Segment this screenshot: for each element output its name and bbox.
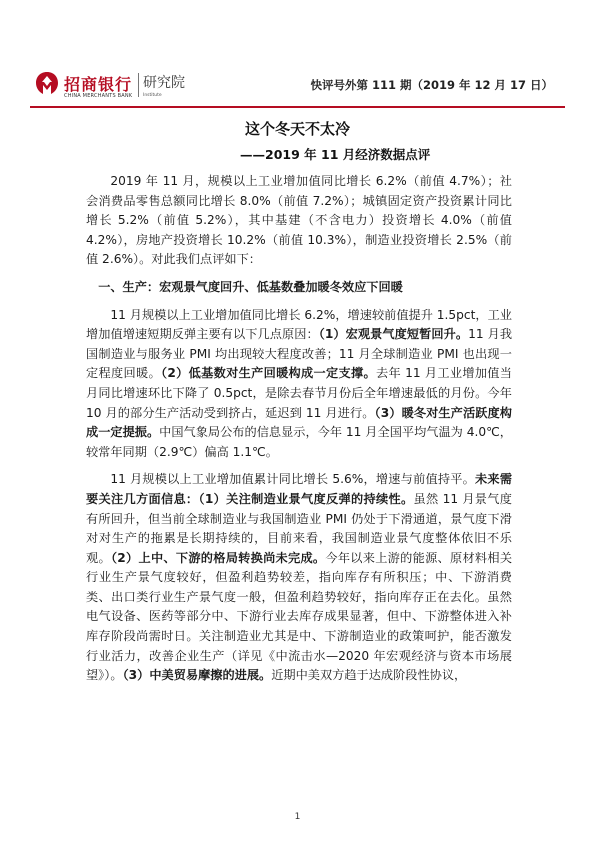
bank-name-cn: 招商银行 (64, 72, 132, 95)
document-title: 这个冬天不太冷 (0, 118, 595, 139)
institute-name-en: Institute (143, 93, 162, 98)
report-header: 招商银行 CHINA MERCHANTS BANK 研究院 Institute … (30, 66, 565, 106)
text: 11 月规模以上工业增加值累计同比增长 5.6%，增速与前值持平。 (110, 472, 475, 486)
paragraph-production-reasons: 11 月规模以上工业增加值同比增长 6.2%，增速较前值提升 1.5pct，工业… (86, 306, 512, 463)
document-subtitle: ——2019 年 11 月经济数据点评 (240, 145, 430, 163)
bold-point: （2）上中、下游的格局转换尚未完成。 (111, 551, 325, 565)
bold-point: （2）低基数对生产回暖构成一定支撑。 (161, 366, 376, 380)
paragraph-outlook: 11 月规模以上工业增加值累计同比增长 5.6%，增速与前值持平。未来需要关注几… (86, 470, 512, 686)
paragraph-gap (86, 462, 512, 470)
page-number: 1 (0, 812, 595, 822)
institute-name-cn: 研究院 (143, 72, 185, 92)
document-body: 2019 年 11 月，规模以上工业增加值同比增长 6.2%（前值 4.7%）；… (86, 172, 512, 686)
cmb-logo-icon (35, 71, 59, 97)
bold-point: （1）宏观景气度短暂回升。 (319, 327, 468, 341)
logo-divider (138, 73, 139, 97)
header-divider (30, 106, 565, 108)
bold-point: （3）中美贸易摩擦的进展。 (123, 668, 272, 682)
text: 近期中美双方趋于达成阶段性协议， (271, 668, 466, 682)
issue-label: 快评号外第 111 期（2019 年 12 月 17 日） (310, 77, 553, 93)
section-heading-production: 一、生产：宏观景气度回升、低基数叠加暖冬效应下回暖 (86, 278, 512, 298)
intro-paragraph: 2019 年 11 月，规模以上工业增加值同比增长 6.2%（前值 4.7%）；… (86, 172, 512, 270)
bank-name-en: CHINA MERCHANTS BANK (64, 93, 132, 99)
text: 今年以来上游的能源、原材料相关行业生产景气度较好，但盈利趋势较差，指向库存有所积… (86, 551, 512, 683)
